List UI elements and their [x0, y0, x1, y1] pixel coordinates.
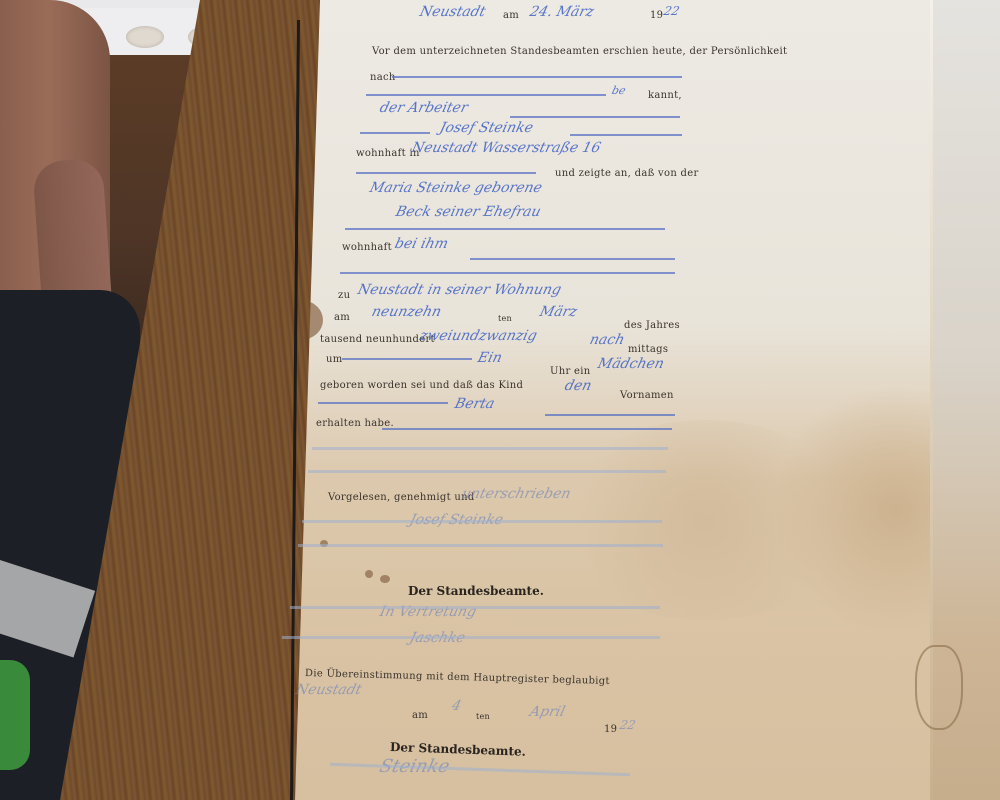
printed-wohnhaft: wohnhaft [342, 242, 392, 253]
form-rule [570, 134, 682, 136]
handwritten-nach: nach [588, 332, 626, 348]
cert-ten: ten [476, 712, 490, 721]
form-rule [545, 414, 675, 416]
cert-place: Neustadt [294, 682, 363, 698]
form-rule [330, 763, 630, 776]
printed-kannt: kannt, [648, 90, 682, 101]
handwritten-mother-name: Maria Steinke geborene [368, 180, 544, 196]
form-rule [318, 402, 448, 404]
handwritten-den: den [563, 378, 593, 394]
handwritten-address: Neustadt Wasserstraße 16 [410, 140, 602, 156]
handwritten-father-name: Josef Steinke [438, 120, 535, 136]
form-rule [470, 258, 675, 260]
printed-zu: zu [338, 290, 350, 301]
form-rule [302, 520, 662, 523]
registrar-title: Der Standesbeamte. [408, 584, 544, 598]
form-rule [308, 470, 666, 473]
printed-um: um [326, 354, 343, 365]
header-am: am [503, 10, 519, 21]
header-year-prefix: 19 [650, 10, 663, 21]
form-rule [312, 447, 668, 450]
handwritten-hour: Ein [476, 350, 504, 366]
form-rule [356, 172, 536, 174]
header-place: Neustadt [418, 4, 487, 20]
handwritten-residence: bei ihm [393, 236, 450, 252]
handwritten-month: März [538, 304, 579, 320]
cert-year-prefix: 19 [604, 724, 617, 735]
handwritten-occupation: der Arbeiter [378, 100, 470, 116]
handwritten-day: neunzehn [370, 304, 443, 320]
header-year: 22 [662, 4, 681, 18]
form-rule [340, 272, 675, 274]
printed-des-jahres: des Jahres [624, 320, 680, 331]
form-rule [345, 228, 665, 230]
printed-vorgelesen: Vorgelesen, genehmigt und [328, 492, 475, 503]
printed-vornamen: Vornamen [620, 390, 674, 401]
handwritten-sex: Mädchen [596, 356, 666, 372]
handwritten-be: be [610, 84, 627, 97]
handwritten-signed: unterschrieben [460, 486, 572, 502]
cert-month: April [528, 704, 567, 720]
form-rule [298, 544, 663, 547]
form-rule [366, 94, 606, 96]
form-rule [392, 76, 682, 78]
handwritten-birth-place: Neustadt in seiner Wohnung [356, 282, 563, 298]
printed-am: am [334, 312, 350, 323]
form-rule [360, 132, 430, 134]
cert-day: 4 [450, 698, 463, 714]
handwritten-year-words: zweiundzwanzig [418, 328, 539, 344]
printed-line: Vor dem unterzeichneten Standesbeamten e… [372, 46, 787, 57]
form-rule [342, 358, 472, 360]
printed-ten: ten [498, 314, 512, 323]
cert-am: am [412, 710, 428, 721]
form-rule [510, 116, 680, 118]
printed-mittags: mittags [628, 344, 668, 355]
form-rule [282, 636, 660, 639]
cert-year: 22 [618, 718, 637, 732]
form-rule [290, 606, 660, 609]
form-rule [382, 428, 672, 430]
handwritten-child-name: Berta [453, 396, 496, 412]
printed-geboren: geboren worden sei und daß das Kind [320, 380, 523, 391]
printed-zeigte-an: und zeigte an, daß von der [555, 168, 699, 179]
document-content: Neustadt am 24. März 19 22 Vor dem unter… [0, 0, 1000, 800]
printed-uhr-ein: Uhr ein [550, 366, 590, 377]
header-date: 24. März [528, 4, 595, 20]
handwritten-mother-maiden: Beck seiner Ehefrau [394, 204, 542, 220]
